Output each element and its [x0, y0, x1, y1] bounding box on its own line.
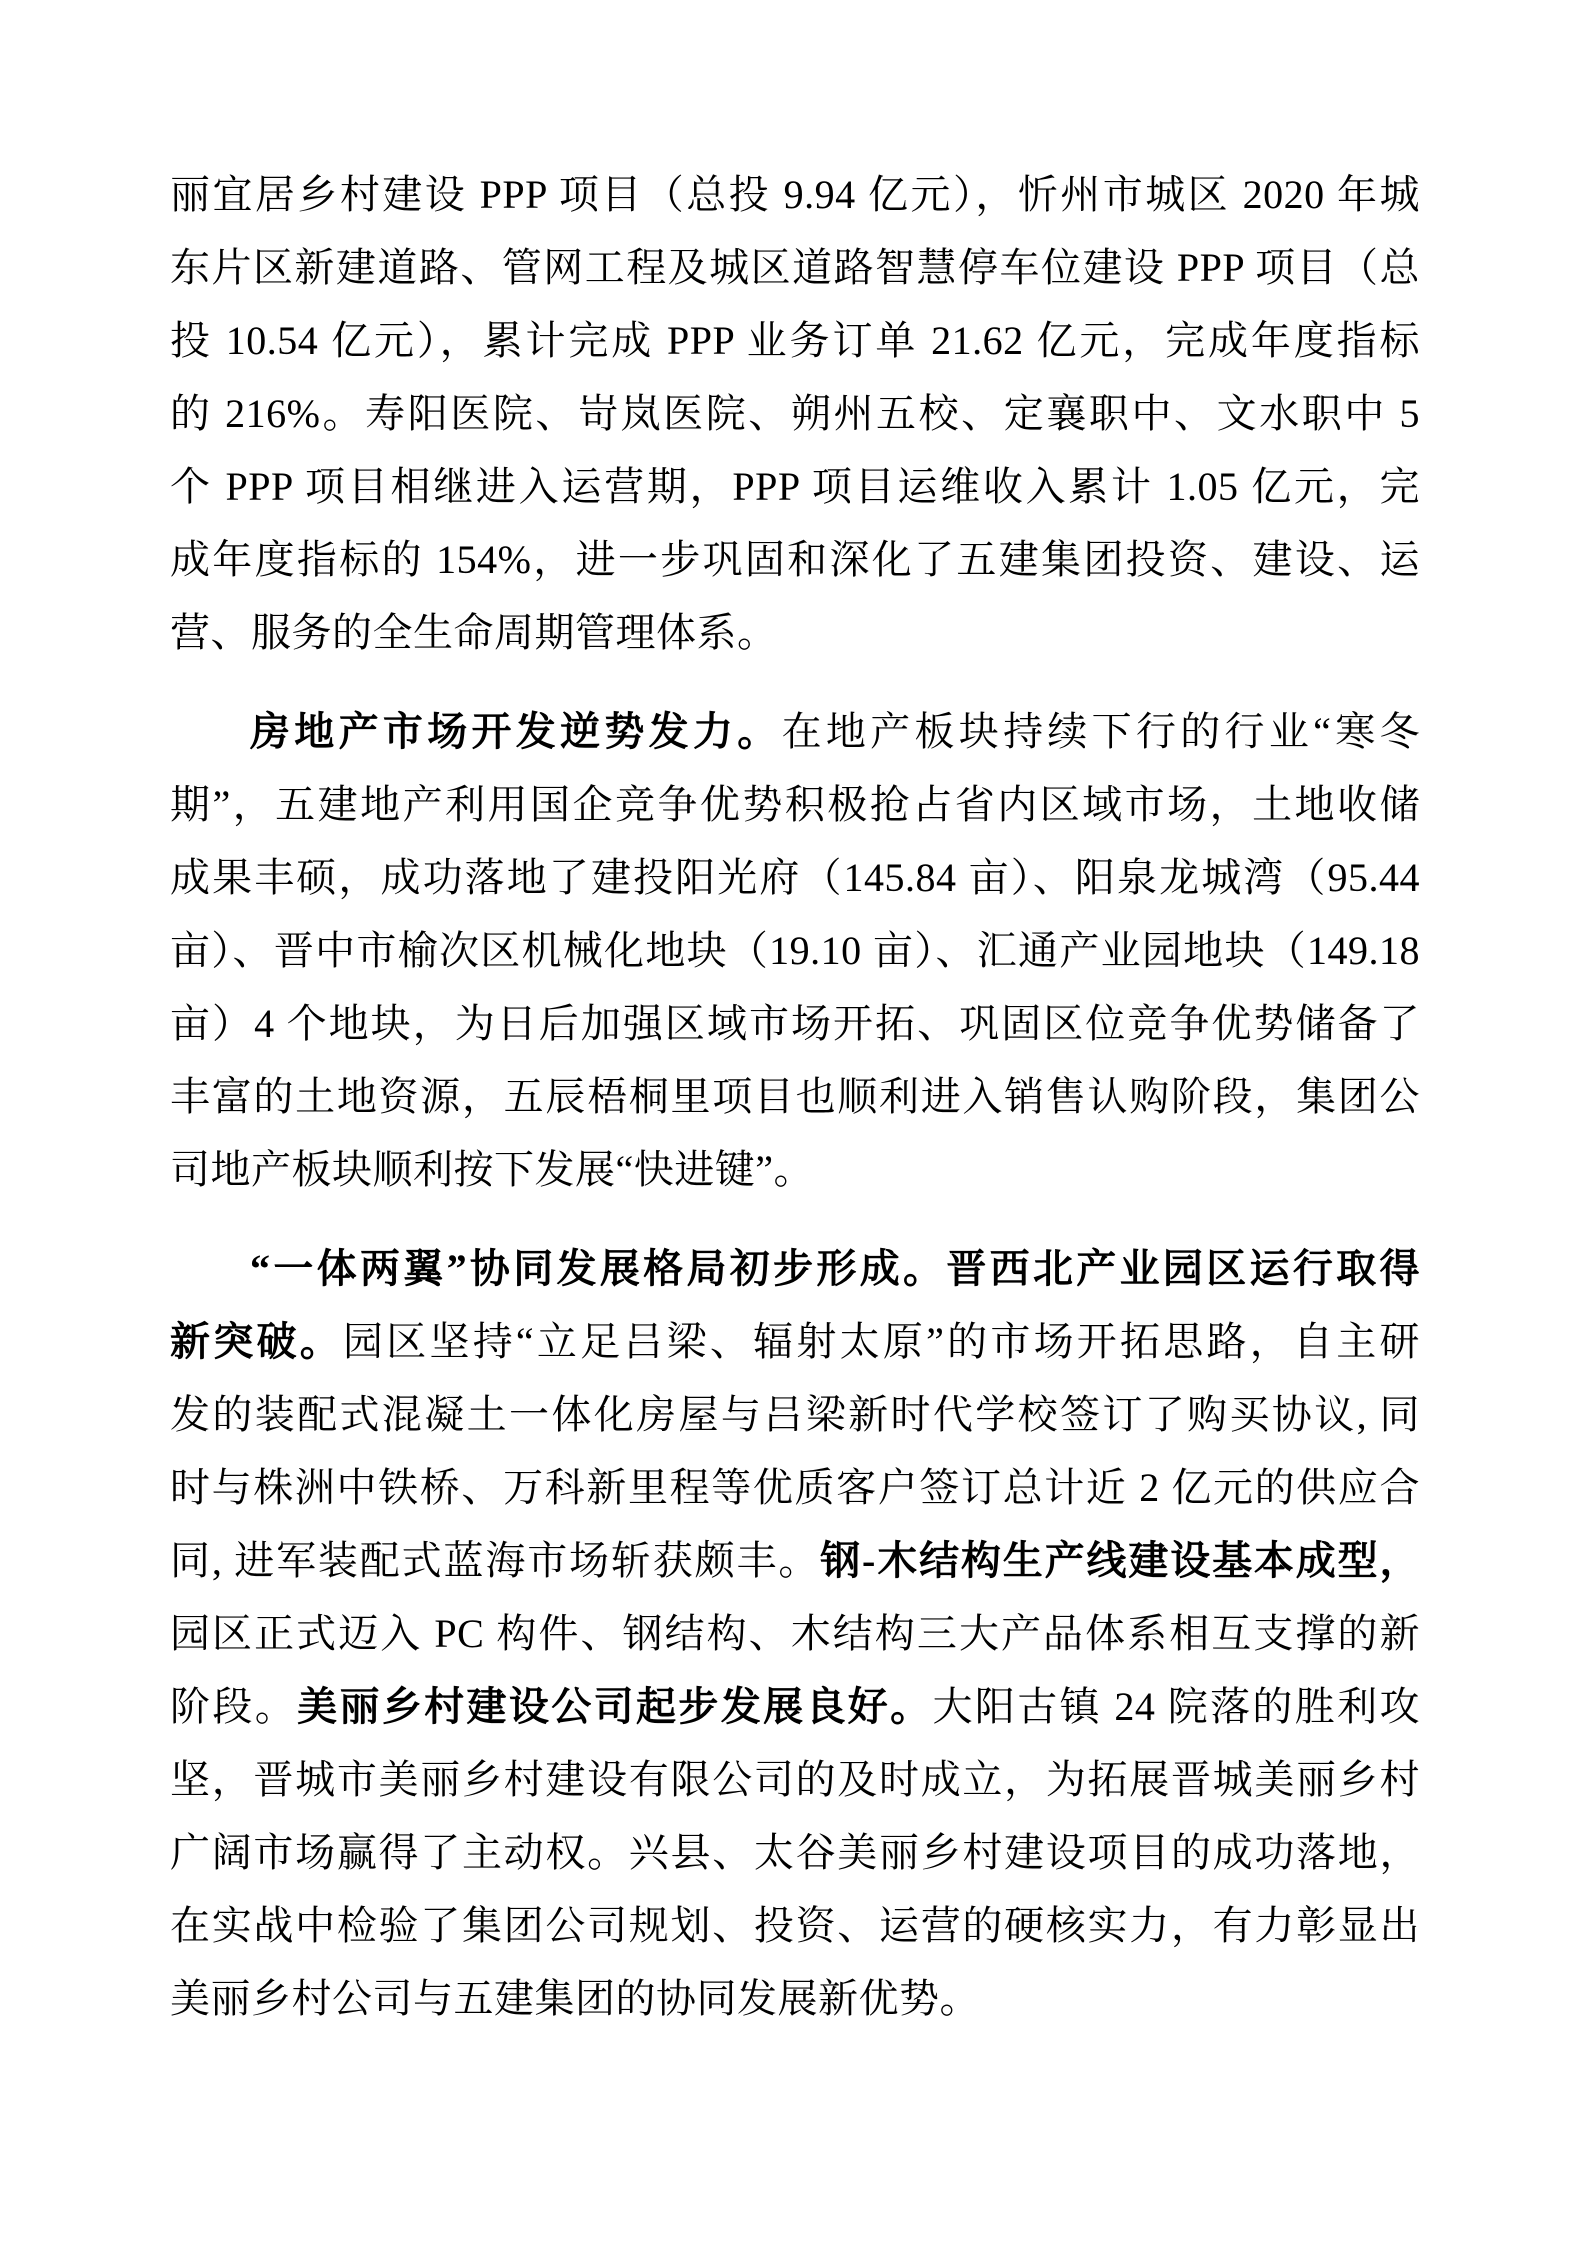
paragraph: 丽宜居乡村建设 PPP 项目（总投 9.94 亿元），忻州市城区 2020 年城…	[170, 158, 1420, 669]
text-run: 在地产板块持续下行的行业“寒冬	[782, 709, 1420, 754]
document-page: 丽宜居乡村建设 PPP 项目（总投 9.94 亿元），忻州市城区 2020 年城…	[0, 0, 1587, 2245]
text-run: 成果丰硕，成功落地了建投阳光府（145.84 亩）、阳泉龙城湾（95.44	[170, 855, 1420, 900]
text-run: 广阔市场赢得了主动权。兴县、太谷美丽乡村建设项目的成功落地，	[170, 1830, 1420, 1875]
text-line: 阶段。美丽乡村建设公司起步发展良好。大阳古镇 24 院落的胜利攻	[170, 1670, 1420, 1743]
text-line: 投 10.54 亿元），累计完成 PPP 业务订单 21.62 亿元，完成年度指…	[170, 304, 1420, 377]
text-line: 丰富的土地资源，五辰梧桐里项目也顺利进入销售认购阶段，集团公	[170, 1060, 1420, 1133]
paragraph: “一体两翼”协同发展格局初步形成。晋西北产业园区运行取得新突破。园区坚持“立足吕…	[170, 1232, 1420, 2035]
text-line: “一体两翼”协同发展格局初步形成。晋西北产业园区运行取得	[170, 1232, 1420, 1305]
bold-text-run: 钢-木结构生产线建设基本成型，	[820, 1538, 1420, 1583]
document-content: 丽宜居乡村建设 PPP 项目（总投 9.94 亿元），忻州市城区 2020 年城…	[170, 158, 1420, 2035]
text-line: 成果丰硕，成功落地了建投阳光府（145.84 亩）、阳泉龙城湾（95.44	[170, 841, 1420, 914]
text-run: 在实战中检验了集团公司规划、投资、运营的硬核实力，有力彰显出	[170, 1903, 1420, 1948]
text-line: 的 216%。寿阳医院、岢岚医院、朔州五校、定襄职中、文水职中 5	[170, 377, 1420, 450]
text-line: 广阔市场赢得了主动权。兴县、太谷美丽乡村建设项目的成功落地，	[170, 1816, 1420, 1889]
text-line: 房地产市场开发逆势发力。在地产板块持续下行的行业“寒冬	[170, 695, 1420, 768]
text-run: 园区坚持“立足吕梁、辐射太原”的市场开拓思路，自主研	[343, 1319, 1420, 1364]
text-run: 东片区新建道路、管网工程及城区道路智慧停车位建设 PPP 项目（总	[170, 245, 1420, 290]
text-run: 美丽乡村公司与五建集团的协同发展新优势。	[170, 1976, 980, 2021]
text-line: 个 PPP 项目相继进入运营期，PPP 项目运维收入累计 1.05 亿元，完	[170, 450, 1420, 523]
text-run: 坚，晋城市美丽乡村建设有限公司的及时成立，为拓展晋城美丽乡村	[170, 1757, 1420, 1802]
bold-text-run: 美丽乡村建设公司起步发展良好。	[297, 1684, 932, 1729]
text-line: 期”，五建地产利用国企竞争优势积极抢占省内区域市场，土地收储	[170, 768, 1420, 841]
text-line: 东片区新建道路、管网工程及城区道路智慧停车位建设 PPP 项目（总	[170, 231, 1420, 304]
paragraph: 房地产市场开发逆势发力。在地产板块持续下行的行业“寒冬期”，五建地产利用国企竞争…	[170, 695, 1420, 1206]
bold-text-run: 新突破。	[170, 1319, 343, 1364]
text-line: 园区正式迈入 PC 构件、钢结构、木结构三大产品体系相互支撑的新	[170, 1597, 1420, 1670]
text-line: 司地产板块顺利按下发展“快进键”。	[170, 1133, 1420, 1206]
text-line: 在实战中检验了集团公司规划、投资、运营的硬核实力，有力彰显出	[170, 1889, 1420, 1962]
text-line: 成年度指标的 154%，进一步巩固和深化了五建集团投资、建设、运	[170, 523, 1420, 596]
text-run: 成年度指标的 154%，进一步巩固和深化了五建集团投资、建设、运	[170, 537, 1420, 582]
text-line: 发的装配式混凝土一体化房屋与吕梁新时代学校签订了购买协议, 同	[170, 1378, 1420, 1451]
text-line: 美丽乡村公司与五建集团的协同发展新优势。	[170, 1962, 1420, 2035]
text-run: 投 10.54 亿元），累计完成 PPP 业务订单 21.62 亿元，完成年度指…	[170, 318, 1420, 363]
text-line: 丽宜居乡村建设 PPP 项目（总投 9.94 亿元），忻州市城区 2020 年城	[170, 158, 1420, 231]
text-run: 阶段。	[170, 1684, 297, 1729]
bold-text-run: “一体两翼”协同发展格局初步形成。晋西北产业园区运行取得	[250, 1246, 1420, 1291]
text-line: 时与株洲中铁桥、万科新里程等优质客户签订总计近 2 亿元的供应合	[170, 1451, 1420, 1524]
text-line: 亩）4 个地块，为日后加强区域市场开拓、巩固区位竞争优势储备了	[170, 987, 1420, 1060]
text-run: 期”，五建地产利用国企竞争优势积极抢占省内区域市场，土地收储	[170, 782, 1420, 827]
text-run: 的 216%。寿阳医院、岢岚医院、朔州五校、定襄职中、文水职中 5	[170, 391, 1420, 436]
text-line: 营、服务的全生命周期管理体系。	[170, 596, 1420, 669]
text-line: 同, 进军装配式蓝海市场斩获颇丰。钢-木结构生产线建设基本成型，	[170, 1524, 1420, 1597]
text-run: 丽宜居乡村建设 PPP 项目（总投 9.94 亿元），忻州市城区 2020 年城	[170, 172, 1420, 217]
bold-text-run: 房地产市场开发逆势发力。	[250, 709, 782, 754]
text-run: 亩）4 个地块，为日后加强区域市场开拓、巩固区位竞争优势储备了	[170, 1001, 1420, 1046]
text-run: 同, 进军装配式蓝海市场斩获颇丰。	[170, 1538, 820, 1583]
text-line: 亩）、晋中市榆次区机械化地块（19.10 亩）、汇通产业园地块（149.18	[170, 914, 1420, 987]
text-run: 亩）、晋中市榆次区机械化地块（19.10 亩）、汇通产业园地块（149.18	[170, 928, 1420, 973]
text-run: 营、服务的全生命周期管理体系。	[170, 610, 778, 655]
text-run: 发的装配式混凝土一体化房屋与吕梁新时代学校签订了购买协议, 同	[170, 1392, 1420, 1437]
text-line: 坚，晋城市美丽乡村建设有限公司的及时成立，为拓展晋城美丽乡村	[170, 1743, 1420, 1816]
text-run: 丰富的土地资源，五辰梧桐里项目也顺利进入销售认购阶段，集团公	[170, 1074, 1420, 1119]
text-run: 大阳古镇 24 院落的胜利攻	[933, 1684, 1420, 1729]
text-run: 个 PPP 项目相继进入运营期，PPP 项目运维收入累计 1.05 亿元，完	[170, 464, 1420, 509]
text-run: 司地产板块顺利按下发展“快进键”。	[170, 1147, 814, 1192]
text-line: 新突破。园区坚持“立足吕梁、辐射太原”的市场开拓思路，自主研	[170, 1305, 1420, 1378]
text-run: 时与株洲中铁桥、万科新里程等优质客户签订总计近 2 亿元的供应合	[170, 1465, 1420, 1510]
text-run: 园区正式迈入 PC 构件、钢结构、木结构三大产品体系相互支撑的新	[170, 1611, 1420, 1656]
